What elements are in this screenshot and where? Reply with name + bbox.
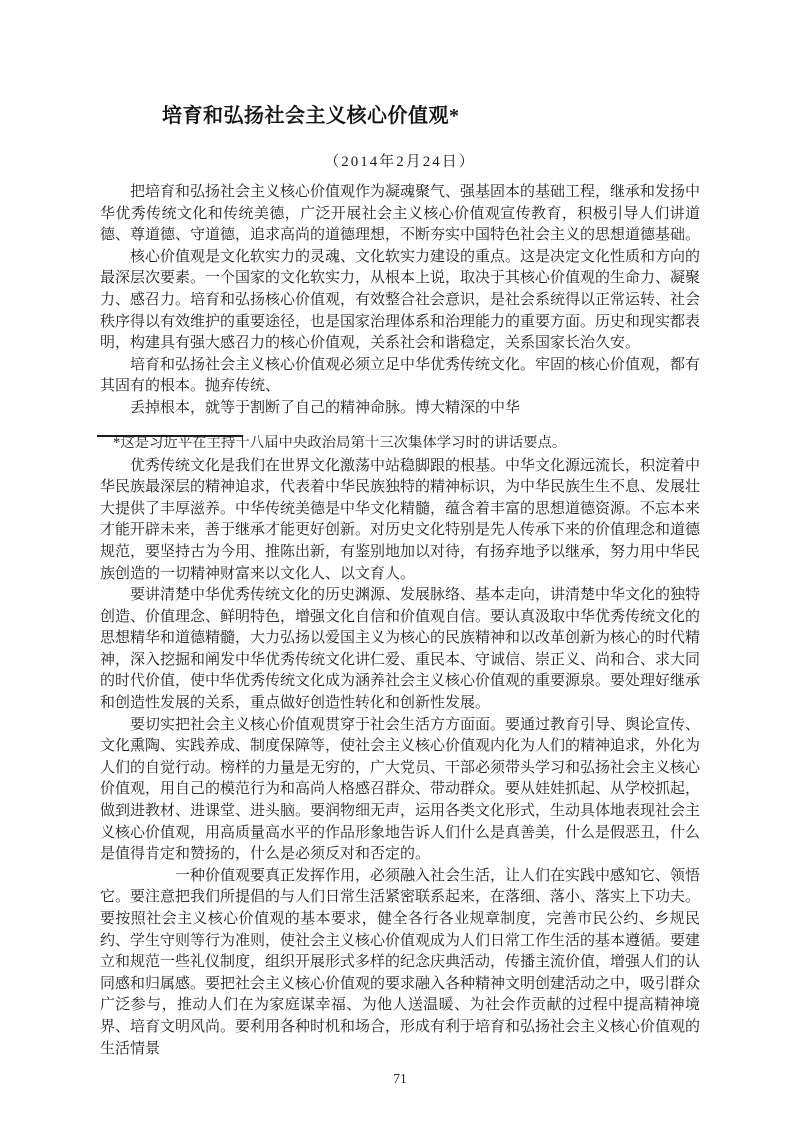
paragraph-5: 要切实把社会主义核心价值观贯穿于社会生活方方面面。要通过教育引导、舆论宣传、文化… xyxy=(100,715,700,866)
footnote: *这是习近平在主持十八届中央政治局第十三次集体学习时的讲话要点。 xyxy=(100,433,700,454)
page-number: 71 xyxy=(100,1070,700,1088)
speech-date: （2014年2月24日） xyxy=(100,152,700,172)
page-title: 培育和弘扬社会主义核心价值观* xyxy=(162,103,700,129)
paragraph-3-part-c: 优秀传统文化是我们在世界文化激荡中站稳脚跟的根基。中华文化源远流长，积淀着中华民… xyxy=(100,456,700,586)
paragraph-1: 把培育和弘扬社会主义核心价值观作为凝魂聚气、强基固本的基础工程，继承和发扬中华优… xyxy=(100,182,700,247)
paragraph-4: 要讲清楚中华优秀传统文化的历史渊源、发展脉络、基本走向，讲清楚中华文化的独特创造… xyxy=(100,585,700,715)
footnote-text: *这是习近平在主持十八届中央政治局第十三次集体学习时的讲话要点。 xyxy=(113,435,566,451)
paragraph-3-part-b: 丢掉根本，就等于割断了自己的精神命脉。博大精深的中华 xyxy=(100,398,700,420)
paragraph-2: 核心价值观是文化软实力的灵魂、文化软实力建设的重点。这是决定文化性质和方向的最深… xyxy=(100,247,700,355)
paragraph-3-part-a: 培育和弘扬社会主义核心价值观必须立足中华优秀传统文化。牢固的核心价值观，都有其固… xyxy=(100,355,700,398)
paragraph-6: 一种价值观要真正发挥作用，必须融入社会生活，让人们在实践中感知它、领悟它。要注意… xyxy=(100,866,700,1060)
text-block: 培育和弘扬社会主义核心价值观* （2014年2月24日） 把培育和弘扬社会主义核… xyxy=(100,0,700,1088)
document-page: 培育和弘扬社会主义核心价值观* （2014年2月24日） 把培育和弘扬社会主义核… xyxy=(0,0,800,1131)
footnote-separator xyxy=(97,435,243,437)
